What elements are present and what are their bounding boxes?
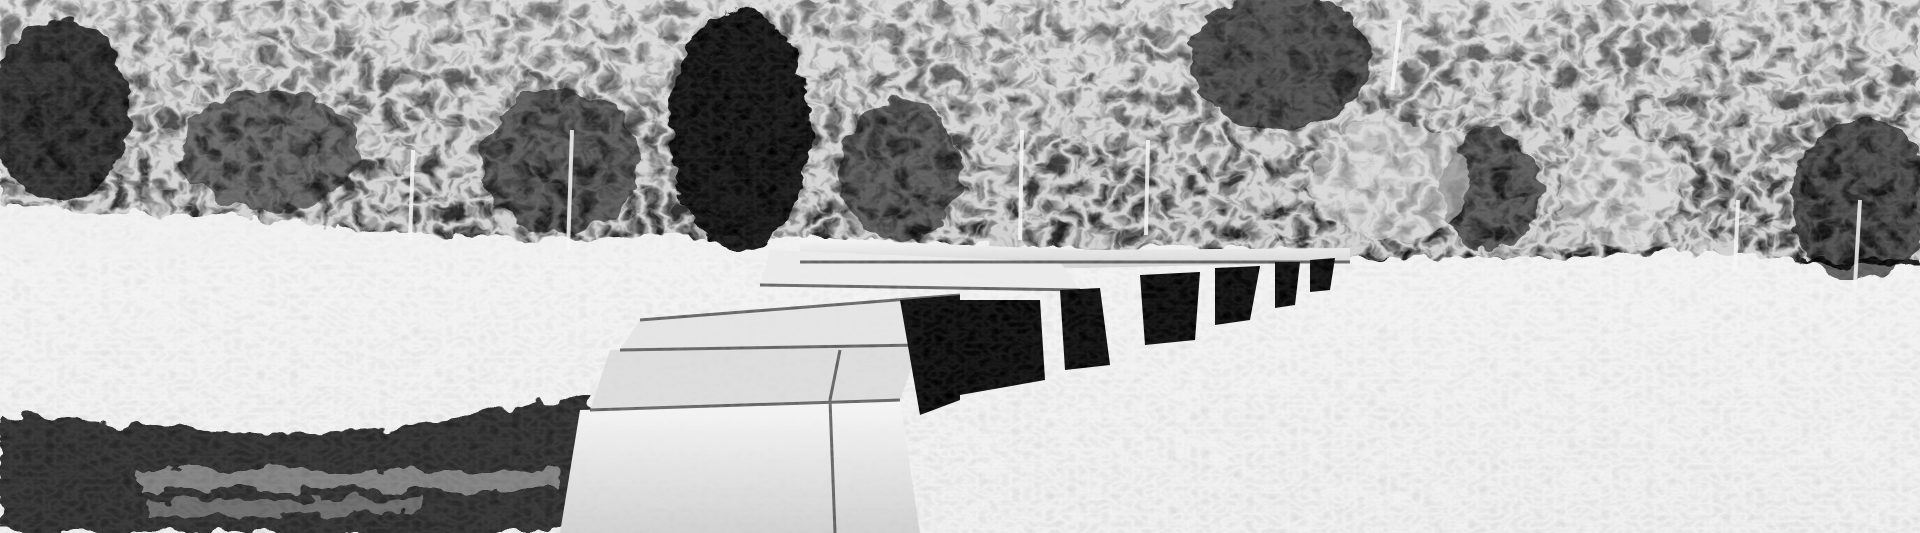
photo-scene [0, 0, 1920, 533]
texture-overlay [0, 0, 1920, 533]
scene-canvas [0, 0, 1920, 533]
